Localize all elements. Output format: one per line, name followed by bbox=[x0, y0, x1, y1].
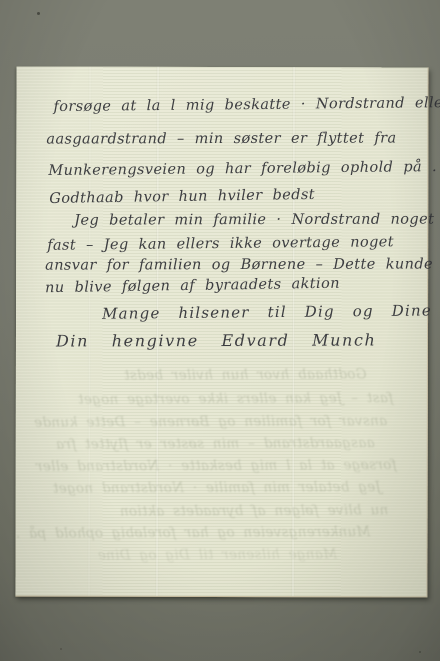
closing-line: Mange hilsener til Dig og Dine bbox=[102, 301, 432, 322]
bleed-through-line: Munkerengsveien og har foreløbig ophold … bbox=[16, 524, 371, 542]
handwritten-line: nu blive følgen af byraadets aktion bbox=[45, 276, 340, 297]
letter-page: forsøge at la l mig beskatte · Nordstran… bbox=[15, 67, 428, 598]
bleed-through-line: fast – Jeg kan ellers ikke overtage noge… bbox=[78, 390, 393, 408]
handwritten-line: aasgaardstrand – min søster er flyttet f… bbox=[46, 130, 396, 147]
dust-speck bbox=[419, 651, 421, 653]
bleed-through-line: aasgaardstrand – min søster er flyttet f… bbox=[56, 435, 375, 453]
bleed-through-line: ansvar for familien og Børnene – Dette k… bbox=[33, 413, 386, 431]
bleed-through-line: forsøge at la l mig beskatte · Nordstran… bbox=[36, 457, 397, 475]
dust-speck bbox=[37, 12, 40, 15]
bleed-through-line: Mange hilsener til Dig og Dine bbox=[97, 546, 337, 563]
handwritten-line: fast – Jeg kan ellers ikke overtage noge… bbox=[47, 234, 394, 254]
handwritten-line: forsøge at la l mig beskatte · Nordstran… bbox=[53, 95, 440, 115]
handwritten-line: Jeg betaler min familie · Nordstrand nog… bbox=[74, 212, 434, 229]
signature-line: Din hengivne Edvard Munch bbox=[56, 330, 376, 350]
photo-background: forsøge at la l mig beskatte · Nordstran… bbox=[0, 0, 440, 661]
bleed-through-line: Godthaab hvor hun hviler bedst bbox=[124, 366, 367, 383]
handwritten-line: Godthaab hvor hun hviler bedst bbox=[49, 187, 315, 207]
dust-speck bbox=[60, 648, 62, 650]
bleed-through-line: Jeg betaler min familie · Nordstrand nog… bbox=[52, 479, 380, 497]
bleed-through-line: nu blive følgen af byraadets aktion bbox=[120, 502, 389, 519]
handwritten-line: Munkerengsveien og har foreløbig ophold … bbox=[48, 159, 437, 179]
handwritten-line: ansvar for familien og Børnene – Dette k… bbox=[45, 256, 433, 273]
